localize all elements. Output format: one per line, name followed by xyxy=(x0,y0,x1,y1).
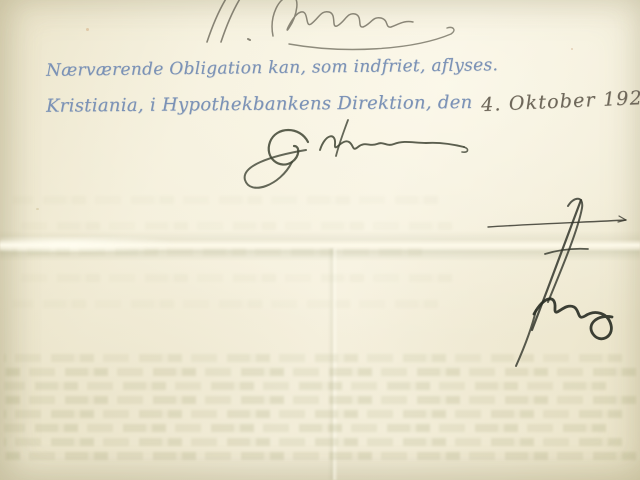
signature-top xyxy=(185,0,465,54)
ghost-text-row xyxy=(12,274,452,282)
ghost-text-row xyxy=(4,382,606,390)
place-direction-text: Kristiania, i Hypothekbankens Direktion,… xyxy=(46,92,473,117)
ghost-text-row xyxy=(4,438,622,446)
signature-director xyxy=(228,116,478,206)
paper-speck xyxy=(86,28,89,31)
handwritten-date: 4. Oktober 1922. xyxy=(480,86,640,116)
bleedthrough-text-middle xyxy=(12,196,452,336)
ghost-text-row xyxy=(4,410,622,418)
place-date-line: Kristiania, i Hypothekbankens Direktion,… xyxy=(46,89,640,116)
redemption-clause-line: Nærværende Obligation kan, som indfriet,… xyxy=(46,55,498,81)
signature-large xyxy=(450,190,640,380)
ghost-text-row xyxy=(4,396,636,404)
signature-rule-line xyxy=(488,220,626,227)
ghost-text-row xyxy=(12,222,452,230)
scanned-document-page: Nærværende Obligation kan, som indfriet,… xyxy=(0,0,640,480)
ghost-text-row xyxy=(4,424,606,432)
ghost-text-row xyxy=(12,248,422,256)
paper-speck xyxy=(571,48,573,50)
ghost-text-row xyxy=(12,300,438,308)
ghost-text-row xyxy=(4,452,636,460)
